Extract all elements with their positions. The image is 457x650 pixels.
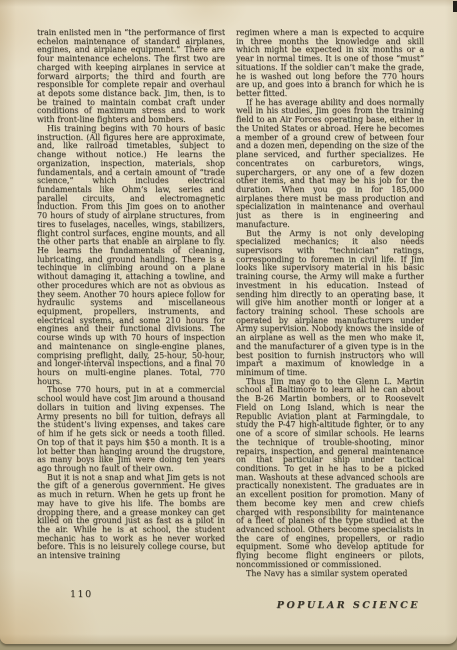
right-column: regimen where a man is expected to acqui… <box>236 29 424 595</box>
left-column: train enlisted men in “the performance o… <box>37 29 225 595</box>
paragraph: regimen where a man is expected to acqui… <box>236 29 424 99</box>
paragraph: But the Army is not only developing spec… <box>236 230 424 378</box>
page-number: 110 <box>70 589 93 600</box>
scan-edge-mark <box>453 1 457 12</box>
page-text-area: train enlisted men in “the performance o… <box>37 29 424 595</box>
paragraph: But it is not a snap and what Jim gets i… <box>37 474 225 561</box>
paragraph: The Navy has a similar system operated <box>236 570 424 579</box>
paragraph: His training begins with 70 hours of bas… <box>37 125 225 387</box>
paragraph: Those 770 hours, put in at a commercial … <box>37 386 225 473</box>
scanned-magazine-page: train enlisted men in “the performance o… <box>0 0 457 650</box>
paragraph: train enlisted men in “the performance o… <box>37 29 225 125</box>
paragraph: If he has average ability and does norma… <box>236 99 424 230</box>
magazine-page-paper: train enlisted men in “the performance o… <box>0 0 457 644</box>
paragraph: Thus Jim may go to the Glenn L. Martin s… <box>236 378 424 570</box>
journal-name: POPULAR SCIENCE <box>277 600 420 611</box>
